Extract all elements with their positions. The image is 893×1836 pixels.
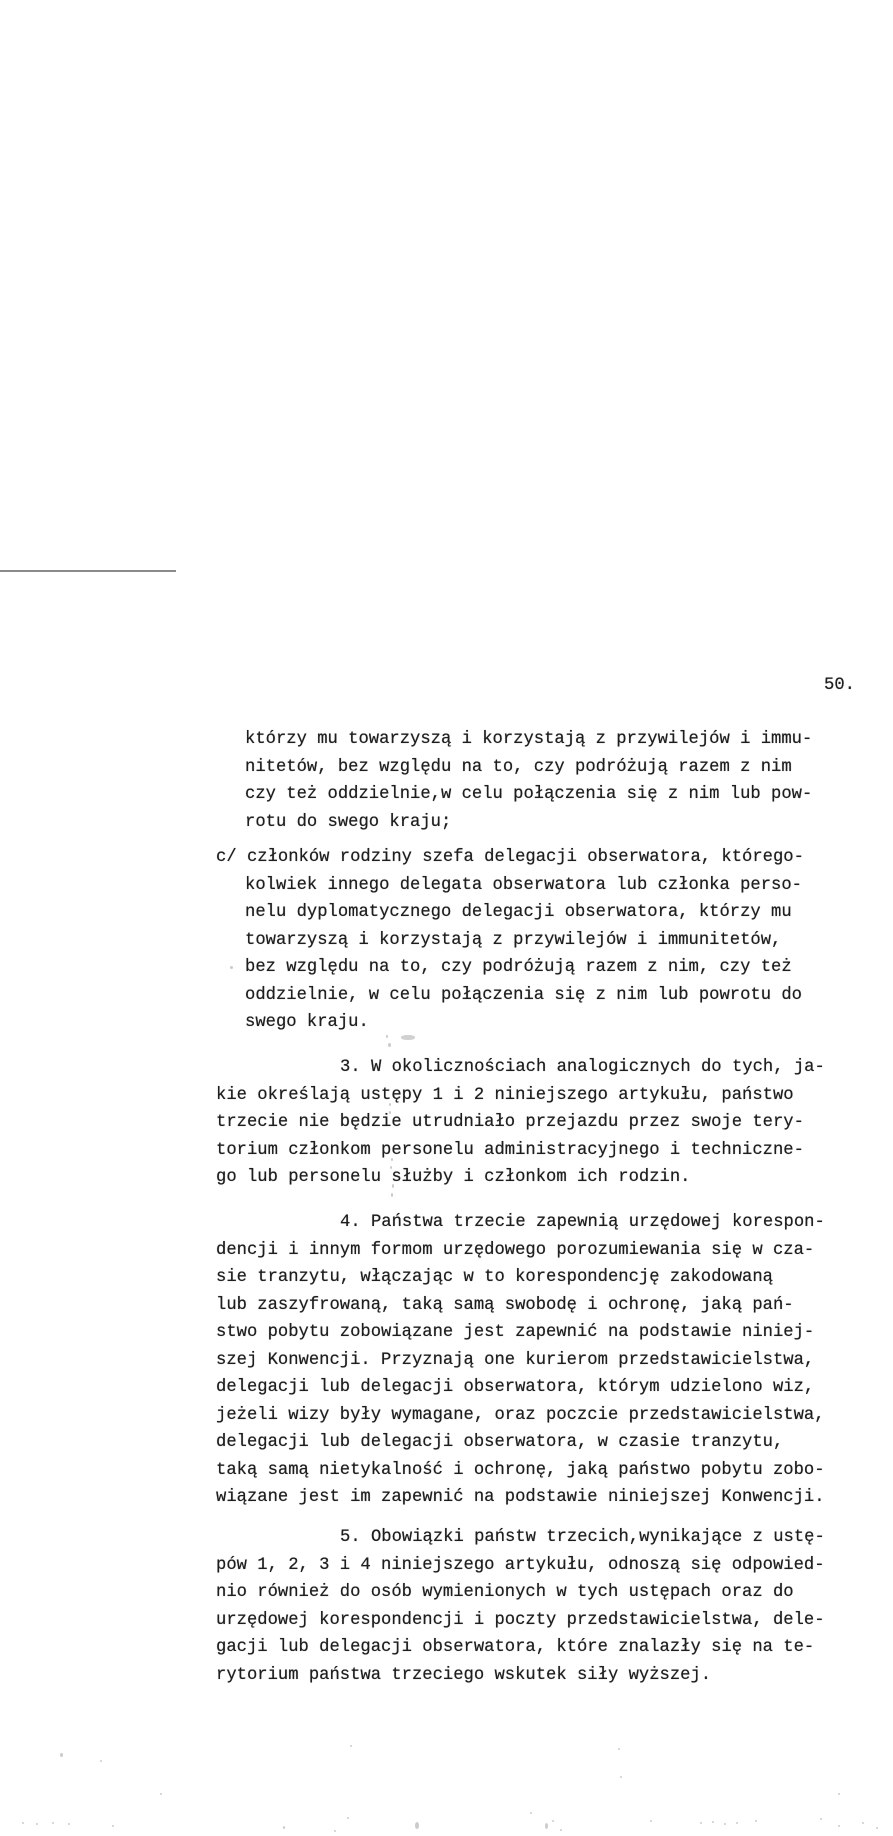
text-line: go lub personelu służby i członkom ich r… [216,1164,866,1192]
text-line: trzecie nie będzie utrudniało przejazdu … [216,1109,866,1137]
scan-speck [724,1823,726,1825]
paragraph: 3. W okolicznościach analogicznych do ty… [216,1054,866,1192]
text-line: rytorium państwa trzeciego wskutek siły … [216,1662,866,1690]
text-line: kolwiek innego delegata obserwatora lub … [216,872,866,900]
scan-speck [620,1776,622,1778]
text-line: dencji i innym formom urzędowego porozum… [216,1237,866,1265]
scan-speck [60,1753,63,1757]
text-line: swego kraju. [216,1009,866,1037]
text-line: bez względu na to, czy podróżują razem z… [216,954,866,982]
text-line: czy też oddzielnie,w celu połączenia się… [216,781,866,809]
scan-speck [618,1748,620,1750]
text-line: jeżeli wizy były wymagane, oraz poczcie … [216,1402,866,1430]
scan-speck [112,1825,114,1827]
paragraph: którzy mu towarzyszą i korzystają z przy… [216,726,866,836]
scan-speck [391,1193,393,1197]
scan-speck [389,1103,391,1106]
text-line: nio również do osób wymienionych w tych … [216,1579,866,1607]
text-line: towarzyszą i korzystają z przywilejów i … [216,927,866,955]
scan-speck [334,1830,336,1832]
scan-speck [820,1818,822,1820]
scan-speck [838,1793,840,1795]
scan-speck [755,1820,757,1822]
scan-speck [650,1820,652,1822]
text-line: lub zaszyfrowaną, taką samą swobodę i oc… [216,1292,866,1320]
text-line: torium członkom personelu administracyjn… [216,1137,866,1165]
text-line: wiązane jest im zapewnić na podstawie ni… [216,1484,866,1512]
scan-speck [390,1166,392,1169]
scan-speck [22,1822,24,1824]
paragraph: c/ członków rodziny szefa delegacji obse… [216,844,866,1037]
text-line: którzy mu towarzyszą i korzystają z przy… [216,726,866,754]
text-line: szej Konwencji. Przyznają one kurierom p… [216,1347,866,1375]
text-line: stwo pobytu zobowiązane jest zapewnić na… [216,1319,866,1347]
text-line: c/ członków rodziny szefa delegacji obse… [216,844,866,872]
text-line: 3. W okolicznościach analogicznych do ty… [216,1054,866,1082]
scan-speck [68,1823,70,1825]
text-line: delegacji lub delegacji obserwatora, któ… [216,1374,866,1402]
text-line: pów 1, 2, 3 i 4 niniejszego artykułu, od… [216,1552,866,1580]
scan-speck [415,1822,419,1829]
scan-speck [100,1760,102,1762]
scan-speck [391,1158,393,1161]
paragraph: 5. Obowiązki państw trzecich,wynikające … [216,1524,866,1689]
text-line: oddzielnie, w celu połączenia się z nim … [216,982,866,1010]
scan-speck [736,1822,738,1824]
text-line: urzędowej korespondencji i poczty przeds… [216,1607,866,1635]
scan-speck [347,1817,349,1819]
scan-speck [392,1184,394,1188]
text-line: 5. Obowiązki państw trzecich,wynikające … [216,1524,866,1552]
text-line: sie tranzytu, włączając w to koresponden… [216,1264,866,1292]
scan-speck [700,1822,702,1824]
scan-speck [36,1823,38,1825]
text-line: delegacji lub delegacji obserwatora, w c… [216,1429,866,1457]
scan-speck [545,1823,548,1829]
top-left-rule [0,570,176,572]
paragraph: 4. Państwa trzecie zapewnią urzędowej ko… [216,1209,866,1512]
scan-speck [560,1829,562,1831]
scan-speck [401,1035,415,1040]
scan-speck [386,1035,388,1038]
scan-speck [388,1043,391,1047]
scan-speck [350,1745,352,1747]
text-line: gacji lub delegacji obserwatora, które z… [216,1634,866,1662]
text-line: kie określają ustępy 1 i 2 niniejszego a… [216,1082,866,1110]
scan-speck [530,1812,532,1814]
document-page: 50. którzy mu towarzyszą i korzystają z … [0,0,893,1836]
scan-speck [283,1826,285,1829]
scan-speck [712,1821,714,1823]
scan-speck [552,1820,554,1822]
scan-speck [838,1825,840,1827]
text-line: taką samą nietykalność i ochronę, jaką p… [216,1457,866,1485]
scan-speck [160,1793,162,1795]
text-line: 4. Państwa trzecie zapewnią urzędowej ko… [216,1209,866,1237]
page-number: 50. [824,672,855,699]
scan-speck [876,1827,878,1829]
text-line: nelu dyplomatycznego delegacji obserwato… [216,899,866,927]
scan-speck [389,1111,391,1114]
scan-speck [230,966,233,969]
text-line: rotu do swego kraju; [216,809,866,837]
text-line: nitetów, bez względu na to, czy podróżuj… [216,754,866,782]
scan-speck [862,1822,864,1824]
scan-speck [52,1822,54,1824]
